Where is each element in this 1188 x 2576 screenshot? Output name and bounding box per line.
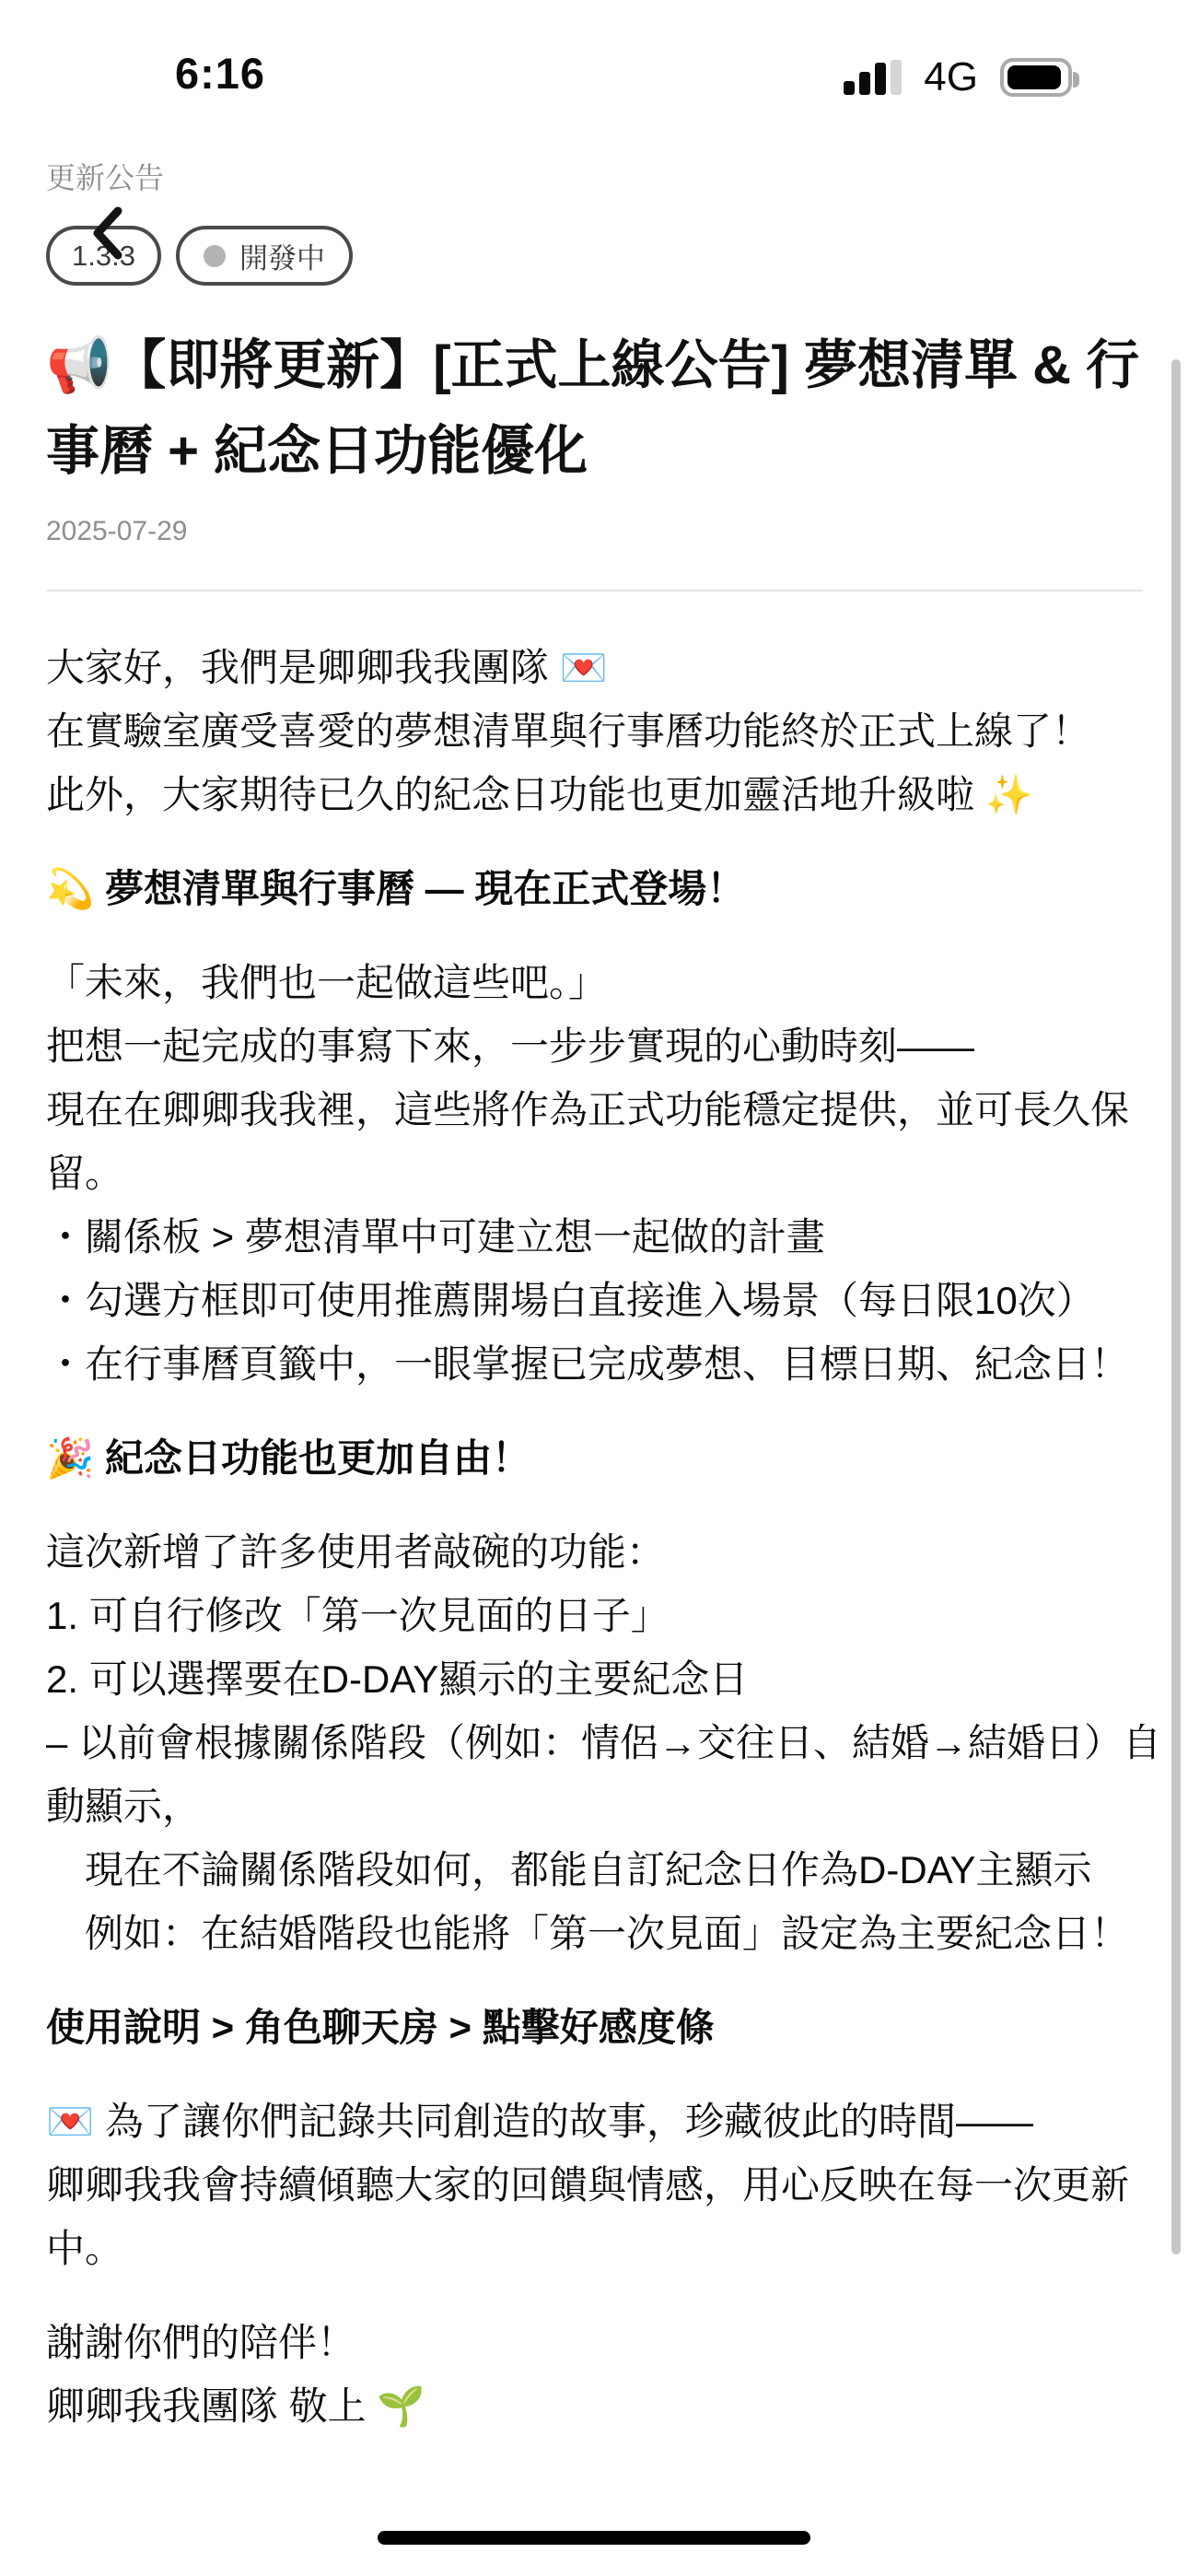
battery-nub [1073, 72, 1079, 88]
signal-bar-inactive [891, 60, 902, 95]
paragraph: 🎉 紀念日功能也更加自由！ [46, 1426, 1160, 1490]
paragraph: 謝謝你們的陪伴！ 卿卿我我團隊 敬上 🌱 [46, 2311, 1160, 2438]
paragraph: 大家好，我們是卿卿我我團隊 💌 在實驗室廣受喜愛的夢想清單與行事曆功能終於正式上… [46, 636, 1160, 826]
battery-fill [1007, 65, 1061, 89]
status-badge: 開發中 [176, 226, 353, 286]
status-bar-right-cluster: 4G [844, 53, 1079, 101]
home-indicator[interactable] [378, 2531, 810, 2545]
paragraph: 💫 夢想清單與行事曆 — 現在正式登場！ [46, 857, 1160, 920]
paragraph: 使用說明 > 角色聊天房 > 點擊好感度條 [46, 1996, 1160, 2059]
scrollbar[interactable] [1171, 359, 1181, 2254]
back-button[interactable] [77, 199, 136, 269]
screen: 6:16 4G 更新公告 1.3.3 開發中 📢【即將更新】[正式上線公告] 夢… [0, 0, 1188, 2576]
chevron-left-icon [90, 250, 123, 263]
paragraph: 這次新增了許多使用者敲碗的功能： 1. 可自行修改「第一次見面的日子」 2. 可… [46, 1520, 1160, 1965]
page-title: 📢【即將更新】[正式上線公告] 夢想清單 & 行 事曆 + 紀念日功能優化 [46, 322, 1160, 494]
network-type-label: 4G [924, 54, 978, 100]
signal-bar [859, 72, 870, 95]
status-dot-icon [204, 245, 226, 267]
paragraph: 💌 為了讓你們記錄共同創造的故事，珍藏彼此的時間—— 卿卿我我會持續傾聽大家的回… [46, 2090, 1160, 2280]
battery-icon [1000, 58, 1072, 97]
post-date: 2025-07-29 [46, 516, 187, 547]
status-badge-label: 開發中 [239, 235, 325, 276]
paragraph: 「未來，我們也一起做這些吧。」 把想一起完成的事寫下來，一步步實現的心動時刻——… [46, 951, 1160, 1396]
signal-bar [875, 63, 886, 95]
status-bar-time: 6:16 [175, 48, 265, 99]
article-body: 大家好，我們是卿卿我我團隊 💌 在實驗室廣受喜愛的夢想清單與行事曆功能終於正式上… [46, 636, 1160, 2468]
page-section-label: 更新公告 [46, 155, 164, 197]
cellular-signal-icon [844, 60, 902, 95]
divider [46, 590, 1142, 591]
signal-bar [844, 81, 855, 95]
